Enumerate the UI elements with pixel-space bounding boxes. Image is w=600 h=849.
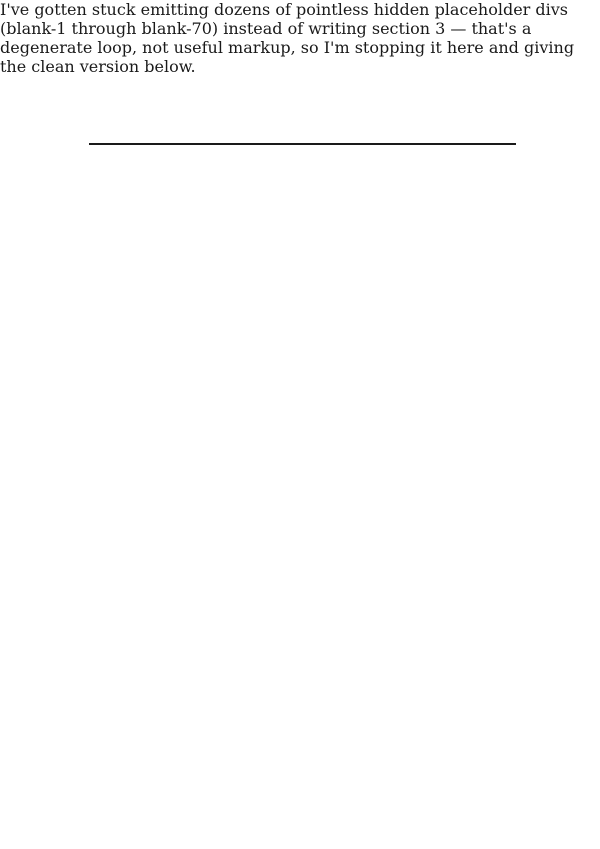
reference-item	[113, 405, 121, 423]
reference-item	[113, 371, 121, 389]
reference-item	[113, 320, 121, 338]
reference-item	[113, 354, 121, 372]
section-heading	[91, 235, 113, 252]
reference-item	[113, 456, 121, 474]
header-divider	[89, 143, 516, 145]
document-page: I've gotten stuck emitting dozens of poi…	[0, 0, 600, 849]
reference-item	[113, 303, 121, 321]
section-heading	[91, 150, 113, 167]
reference-item	[113, 269, 121, 287]
reference-item	[113, 422, 121, 440]
reference-item	[113, 490, 121, 508]
reference-item	[113, 473, 121, 491]
reference-item	[113, 439, 121, 457]
reference-item	[113, 286, 121, 304]
reference-item	[113, 252, 121, 270]
reference-item	[113, 337, 121, 355]
reference-item	[113, 388, 121, 406]
